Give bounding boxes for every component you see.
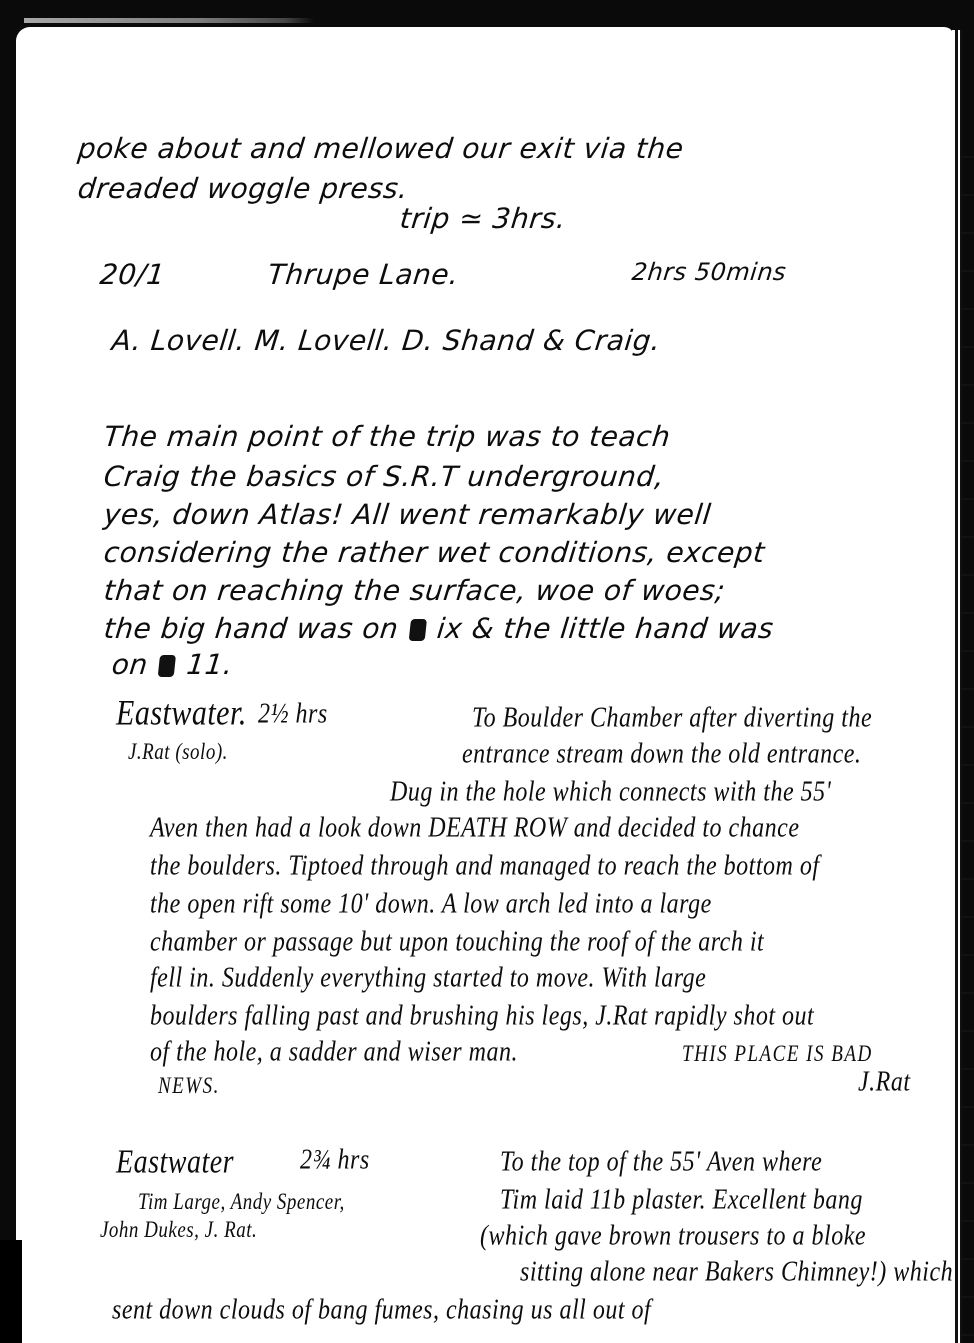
entry-line: Tim laid 11b plaster. Excellent bang [500, 1185, 863, 1217]
entry-line: chamber or passage but upon touching the… [150, 927, 764, 959]
binding-stitch-marks [960, 120, 974, 1340]
entry-line: the boulders. Tiptoed through and manage… [150, 851, 820, 883]
trip-duration: trip ≃ 3hrs. [398, 202, 567, 235]
entry-emphasis: NEWS. [158, 1074, 220, 1100]
entry-text: on [110, 648, 149, 681]
entry-text: the big hand was on [102, 612, 400, 645]
signature: J.Rat [858, 1067, 910, 1099]
entry-line: on 11. [110, 648, 234, 681]
cave-name: Eastwater [116, 1144, 234, 1182]
entry-line: the open rift some 10' down. A low arch … [150, 889, 712, 921]
trip-duration: 2¾ hrs [300, 1145, 370, 1177]
party-members: John Dukes, J. Rat. [100, 1218, 257, 1244]
entry-line: fell in. Suddenly everything started to … [150, 963, 706, 995]
entry-line: sent down clouds of bang fumes, chasing … [112, 1295, 651, 1327]
entry-line: Craig the basics of S.R.T underground, [102, 460, 666, 493]
entry-line: of the hole, a sadder and wiser man. [150, 1037, 518, 1069]
entry-line: (which gave brown trousers to a bloke [480, 1221, 866, 1253]
entry-line: that on reaching the surface, woe of woe… [102, 574, 727, 607]
entry-emphasis: THIS PLACE IS BAD [682, 1042, 873, 1068]
entry-line: poke about and mellowed our exit via the [76, 132, 685, 165]
entry-text: 11. [185, 648, 234, 681]
trip-duration: 2hrs 50mins [631, 258, 788, 286]
entry-line: To the top of the 55' Aven where [500, 1147, 822, 1179]
entry-line: entrance stream down the old entrance. [462, 739, 861, 771]
entry-line: Aven then had a look down DEATH ROW and … [150, 813, 799, 845]
entry-line: boulders falling past and brushing his l… [150, 1001, 814, 1033]
scan-shadow [0, 1240, 22, 1343]
ink-blot-crossed-out [408, 619, 426, 641]
cave-name: Eastwater. [116, 693, 247, 734]
entry-date: 20/1 [98, 258, 166, 291]
entry-line: sitting alone near Bakers Chimney!) whic… [520, 1257, 953, 1289]
ink-blot-crossed-out [158, 655, 176, 677]
entry-text: & [470, 612, 496, 645]
entry-line: the big hand was on ix & the little hand… [102, 612, 775, 645]
entry-text: ix [435, 612, 464, 645]
entry-line: yes, down Atlas! All went remarkably wel… [102, 498, 713, 531]
party-members: Tim Large, Andy Spencer, [138, 1190, 345, 1216]
party-members: A. Lovell. M. Lovell. D. Shand & Craig. [110, 324, 662, 357]
cave-name: Thrupe Lane. [266, 258, 460, 291]
entry-line: Dug in the hole which connects with the … [390, 777, 831, 809]
entry-line: The main point of the trip was to teach [102, 420, 672, 453]
entry-line: considering the rather wet conditions, e… [102, 536, 766, 569]
entry-text: the little hand was [502, 612, 775, 645]
trip-duration: 2½ hrs [258, 699, 328, 731]
scan-artifact [24, 18, 314, 23]
entry-line: dreaded woggle press. [76, 172, 409, 205]
entry-line: To Boulder Chamber after diverting the [472, 703, 872, 735]
party-members: J.Rat (solo). [128, 740, 228, 766]
